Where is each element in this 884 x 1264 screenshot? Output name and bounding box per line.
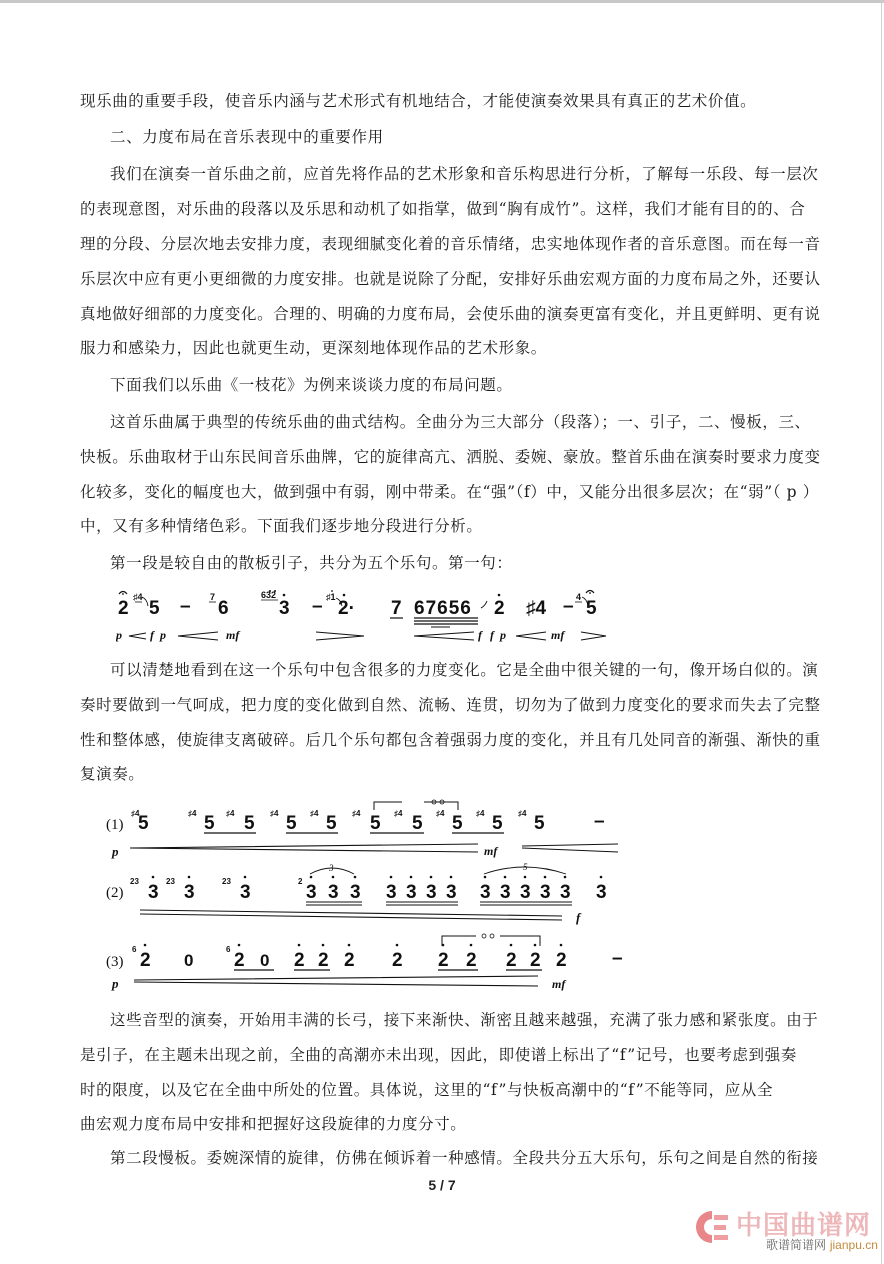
svg-text:3: 3 [406,882,417,903]
music-notation-example-1: 2 ♯4 5 – 7 6 632 3 – ♯1 2· 7 67656 2 ♯4 … [116,588,616,648]
svg-text:2: 2 [118,598,129,619]
section-heading: 二、力度布局在音乐表现中的重要作用 [80,120,806,155]
svg-text:0: 0 [260,951,269,970]
svg-text:f: f [478,628,483,642]
paragraph: 中，又有多种情绪色彩。下面我们逐步地分段进行分析。 [80,509,806,544]
svg-text:–: – [312,596,323,617]
svg-text:mf: mf [484,844,498,858]
svg-text:5: 5 [370,813,381,834]
watermark-subtitle-text: 歌谱简谱网 [766,1238,826,1252]
svg-text:♯4: ♯4 [270,809,279,818]
svg-text:mf: mf [552,977,566,991]
svg-text:p: p [111,976,119,991]
svg-text:5: 5 [204,813,215,834]
svg-text:2: 2 [556,950,567,971]
paragraph: 化较多，变化的幅度也大，做到强中有弱，刚中带柔。在“强”（f）中，又能分出很多层… [80,475,806,510]
music-notation-example-2: (1) ♯4 5 55 55 55 55 5 – ♯4♯4 ♯4♯4 ♯4♯4 … [106,796,626,1001]
svg-text:2: 2 [234,950,245,971]
paragraph: 现乐曲的重要手段，使音乐内涵与艺术形式有机地结合，才能使演奏效果具有真正的艺术价… [80,84,806,119]
svg-text:3: 3 [426,882,437,903]
svg-text:3: 3 [350,882,361,903]
svg-text:(2): (2) [106,885,124,901]
svg-text:♯1: ♯1 [326,592,336,602]
paragraph: 曲宏观力度布局中安排和把握好这段旋律的力度分寸。 [80,1107,806,1142]
svg-text:2: 2 [438,950,449,971]
paragraph: 真地做好细部的力度变化。合理的、明确的力度布局，会使乐曲的演奏更富有变化，并且更… [80,297,806,332]
svg-text:6: 6 [226,945,231,954]
page-right-border [881,0,882,1264]
svg-text:p: p [116,628,122,642]
svg-text:♯4: ♯4 [352,809,361,818]
svg-text:mf: mf [551,628,565,642]
svg-text:5: 5 [412,813,423,834]
svg-text:3: 3 [540,882,551,903]
svg-text:2: 2 [506,950,517,971]
svg-text:5: 5 [138,813,149,834]
svg-text:♯4: ♯4 [310,809,319,818]
svg-text:3: 3 [560,882,571,903]
svg-text:5: 5 [523,862,528,872]
svg-text:2: 2 [344,950,355,971]
svg-text:(1): (1) [106,817,124,833]
svg-text:3: 3 [279,598,290,619]
svg-text:p: p [159,628,166,642]
svg-text:3: 3 [306,882,317,903]
svg-text:–: – [594,811,605,832]
jianpu-score-2: (1) ♯4 5 55 55 55 55 5 – ♯4♯4 ♯4♯4 ♯4♯4 … [106,796,626,1001]
svg-text:(3): (3) [106,954,124,970]
paragraph: 的表现意图，对乐曲的段落以及乐思和动机了如指掌，做到“胸有成竹”。这样，我们才能… [80,192,806,227]
svg-text:2: 2 [494,598,505,619]
svg-text:5: 5 [586,598,597,619]
svg-text:3: 3 [240,882,251,903]
svg-text:3: 3 [148,882,159,903]
svg-text:f: f [150,628,155,642]
paragraph: 性和整体感，使旋律支离破碎。后几个乐句都包含着强弱力度的变化，并且有几处同音的渐… [80,723,806,758]
svg-text:3: 3 [480,882,491,903]
svg-text:f: f [576,910,582,925]
svg-text:2: 2 [466,950,477,971]
jianpu-score-1: 2 ♯4 5 – 7 6 632 3 – ♯1 2· 7 67656 2 ♯4 … [116,588,616,646]
page-top-border [0,0,884,3]
svg-text:–: – [180,596,191,617]
svg-text:67656: 67656 [414,598,472,619]
svg-text:2: 2 [294,950,305,971]
svg-text:23: 23 [222,877,231,886]
watermark-url: jianpu.cn [830,1238,878,1252]
svg-text:–: – [612,948,623,969]
svg-text:5: 5 [326,813,337,834]
svg-text:♯4: ♯4 [394,809,403,818]
svg-text:5: 5 [149,598,160,619]
svg-text:♯4: ♯4 [476,809,485,818]
svg-text:f: f [490,628,495,642]
svg-text:7: 7 [391,598,402,619]
site-logo-icon [690,1207,730,1247]
paragraph: 可以清楚地看到在这一个乐句中包含很多的力度变化。它是全曲中很关键的一句，像开场白… [80,653,806,688]
svg-text:♯4: ♯4 [436,809,445,818]
svg-text:5: 5 [452,813,463,834]
svg-text:3: 3 [184,882,195,903]
page-number: 5 / 7 [0,1177,884,1193]
phrase-2: (2) 2323232 333 333 3333 33333 3 0 [106,862,626,925]
paragraph: 乐层次中应有更小更细微的力度安排。也就是说除了分配，安排好乐曲宏观方面的力度布局… [80,262,806,297]
svg-text:3: 3 [596,882,607,903]
svg-text:0: 0 [184,951,193,970]
svg-text:2: 2 [530,950,541,971]
paragraph: 时的限度，以及它在全曲中所处的位置。具体说，这里的“f”与快板高潮中的“f”不能… [80,1073,806,1108]
paragraph: 服力和感染力，因此也就更生动，更深刻地体现作品的艺术形象。 [80,331,806,366]
svg-text:2: 2 [140,950,151,971]
paragraph: 下面我们以乐曲《一枝花》为例来谈谈力度的布局问题。 [80,368,806,403]
svg-text:23: 23 [130,877,139,886]
paragraph: 奏时要做到一气呵成，把力度的变化做到自然、流畅、连贯，切勿为了做到力度变化的要求… [80,688,806,723]
svg-text:3: 3 [446,882,457,903]
svg-text:23: 23 [166,877,175,886]
paragraph: 是引子，在主题未出现之前，全曲的高潮亦未出现，因此，即使谱上标出了“f”记号，也… [80,1038,806,1073]
svg-text:mf: mf [226,628,240,642]
phrase-1: (1) ♯4 5 55 55 55 55 5 – ♯4♯4 ♯4♯4 ♯4♯4 … [106,800,618,859]
watermark: 中国曲谱网 歌谱简谱网 jianpu.cn [690,1205,884,1264]
paragraph: 第二段慢板。委婉深情的旋律，仿佛在倾诉着一种感情。全段共分五大乐句，乐句之间是自… [80,1141,806,1176]
paragraph: 复演奏。 [80,757,806,792]
svg-text:2: 2 [392,950,403,971]
paragraph: 这首乐曲属于典型的传统乐曲的曲式结构。全曲分为三大部分（段落）；一、引子，二、慢… [80,405,806,440]
phrase-3: (3) 66 2 0 20 22 2 2 22 22 2 – [106,934,623,991]
paragraph: 理的分段、分层次地去安排力度，表现细腻变化着的音乐情绪，忠实地体现作者的音乐意图… [80,227,806,262]
svg-text:2: 2 [318,950,329,971]
svg-text:632: 632 [261,590,276,600]
watermark-subtitle: 歌谱简谱网 jianpu.cn [766,1236,878,1253]
svg-text:♯4: ♯4 [226,809,235,818]
svg-text:–: – [563,596,574,617]
svg-text:4: 4 [576,592,581,602]
svg-text:3: 3 [328,882,339,903]
svg-text:5: 5 [286,813,297,834]
svg-text:♯4: ♯4 [518,809,527,818]
svg-text:p: p [499,628,506,642]
svg-text:♯4: ♯4 [133,592,143,602]
paragraph: 快板。乐曲取材于山东民间音乐曲牌，它的旋律高亢、洒脱、委婉、豪放。整首乐曲在演奏… [80,440,806,475]
paragraph: 我们在演奏一首乐曲之前，应首先将作品的艺术形象和音乐构思进行分析，了解每一乐段、… [80,157,806,192]
svg-text:6: 6 [132,945,137,954]
svg-text:3: 3 [500,882,511,903]
svg-text:2: 2 [298,877,303,886]
svg-text:6: 6 [218,598,229,619]
svg-text:2·: 2· [338,598,355,619]
svg-text:♯4: ♯4 [188,809,197,818]
svg-text:5: 5 [534,813,545,834]
svg-text:5: 5 [492,813,503,834]
svg-text:3: 3 [386,882,397,903]
paragraph: 第一段是较自由的散板引子，共分为五个乐句。第一句： [80,546,806,581]
svg-text:5: 5 [244,813,255,834]
svg-text:♯4: ♯4 [526,598,547,619]
svg-text:p: p [111,844,119,859]
svg-text:7: 7 [210,592,215,602]
svg-text:3: 3 [328,863,334,873]
svg-text:3: 3 [520,882,531,903]
paragraph: 这些音型的演奏，开始用丰满的长弓，接下来渐快、渐密且越来越强，充满了张力感和紧张… [80,1003,806,1038]
